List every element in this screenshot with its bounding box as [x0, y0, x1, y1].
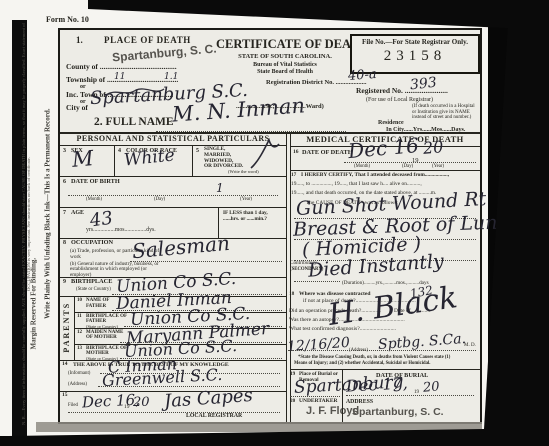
birthplace-hint: (State or Country)	[76, 287, 111, 292]
certify-line-2: 19....., to ..............., 19....., th…	[291, 182, 422, 188]
sex-race-divider	[114, 145, 115, 176]
undertaker-dotted-line	[290, 395, 340, 397]
mother-name-number: 12	[77, 330, 82, 335]
father-name-number: 10	[77, 298, 82, 303]
signature-date-handwritten: 12/16/20	[287, 336, 351, 354]
dob-handwritten-mark: 1	[216, 182, 224, 194]
occupation-label: OCCUPATION	[71, 240, 113, 247]
birthplace-label: BIRTHPLACE	[71, 279, 112, 286]
age-label: AGE	[71, 210, 84, 216]
occupation-number: 8	[63, 240, 66, 246]
local-registrar-use-note: (For use of Local Registrar)	[366, 97, 433, 103]
date-of-death-label: DATE OF DEATH	[302, 150, 353, 157]
margin-note-reserved: Margin Reserved For Binding.	[30, 224, 37, 384]
date-of-death-number: 16	[293, 150, 299, 156]
form-number: Form No. 10	[46, 16, 89, 24]
race-number: 4	[118, 148, 121, 154]
hospital-note: (If death occurred in a Hospital or Inst…	[412, 104, 476, 121]
certificate-sheet: 1. PLACE OF DEATH Spartanburg, S. C. Cou…	[58, 28, 482, 424]
undertaker-number: 20	[290, 399, 295, 404]
rule-age-top	[60, 207, 286, 208]
dob-number: 6	[63, 179, 66, 185]
file-number-value: 23158	[352, 48, 478, 65]
race-handwritten-value: White	[123, 147, 175, 169]
age-units-line: yrs...............mos...............dys.	[86, 227, 156, 233]
rule-dob-top	[60, 176, 286, 177]
city-of-label: City of	[66, 104, 88, 112]
file-number-box-label: File No.—For State Registrar Only.	[352, 39, 478, 46]
registration-district-value: 40-a	[348, 68, 378, 83]
burial-number: 19	[290, 372, 295, 377]
dob-dotted-line	[68, 194, 278, 196]
place-of-death-number: 1.	[76, 36, 83, 45]
certificate-title: CERTIFICATE OF DEATH	[216, 38, 354, 51]
footnote-line-2: Means of Injury; and (2) whether Acciden…	[294, 362, 430, 367]
burial-box-divider	[342, 369, 343, 422]
informant-number: 14	[62, 362, 68, 368]
filed-year-prefix: 19	[124, 405, 130, 411]
signature-dotted-line	[288, 349, 476, 351]
father-birthplace-number: 11	[77, 314, 82, 319]
board-line: State Board of Health	[216, 69, 354, 75]
filed-number: 15	[62, 393, 68, 399]
mother-birthplace-number: 13	[77, 346, 82, 351]
sex-handwritten-value: M	[71, 148, 94, 171]
cause-dotted-line-4	[294, 280, 340, 282]
state-line: STATE OF SOUTH CAROLINA.	[216, 54, 354, 61]
marital-number: 5	[196, 148, 199, 154]
margin-note-write-plainly: Write Plainly With Unfading Black Ink—Th…	[44, 14, 51, 414]
full-name-label: 2. FULL NAME	[94, 116, 174, 128]
registered-number-value: 393	[409, 76, 437, 93]
dod-year-caption: (Year)	[432, 164, 444, 169]
certify-line-1: I HEREBY CERTIFY, That I attended deceas…	[301, 173, 449, 179]
scanned-death-certificate: N. B.—Every item of information should b…	[0, 0, 549, 446]
dob-label: DATE OF BIRTH	[71, 179, 120, 186]
dob-day-caption: (Day)	[154, 197, 165, 202]
rule-burial-top	[290, 369, 480, 370]
dob-year-caption: (Year)	[240, 197, 252, 202]
dob-month-caption: (Month)	[86, 197, 102, 202]
local-registrar-signature: Jas Capes	[163, 387, 253, 411]
sex-number: 3	[63, 148, 66, 154]
residence-label: Residence	[378, 120, 404, 126]
date-of-death-dotted-line	[344, 161, 476, 163]
burial-date-dotted-line	[346, 394, 474, 396]
filed-label: Filed	[68, 403, 78, 408]
rule-certify-top	[290, 170, 480, 171]
mother-name-label: MAIDEN NAME OF MOTHER	[86, 330, 130, 341]
birthplace-number: 9	[63, 279, 66, 285]
age-number: 7	[63, 210, 66, 216]
local-registrar-label: LOCAL REGISTRAR	[186, 413, 242, 419]
bureau-line: Bureau of Vital Statistics	[216, 62, 354, 68]
undertaker-address-label: ADDRESS	[346, 399, 373, 405]
certify-number: 17	[291, 173, 296, 179]
filed-year-handwritten: 20	[133, 396, 150, 409]
filed-dotted-line	[68, 411, 280, 413]
township-handwritten-mark-1: 11	[114, 73, 125, 82]
date-of-death-year-handwritten: 20	[422, 139, 444, 157]
undertaker-address-stamp: Spartanburg, S. C.	[352, 406, 444, 418]
county-of-line: County of ..............................…	[66, 63, 177, 71]
age-if-less-note: IF LESS than 1 day, ......hrs. or ......…	[223, 210, 279, 222]
informant-address-hint: (Address)	[68, 382, 87, 387]
filed-date-handwritten: Dec 16,	[82, 392, 141, 410]
street-ward-line: ..................St.; .................…	[236, 104, 324, 111]
township-handwritten-mark-2: 1.1	[164, 73, 178, 82]
occupation-handwritten-value: Salesman	[131, 233, 230, 261]
date-of-death-handwritten: Dec 16	[347, 135, 419, 161]
race-marital-divider	[192, 145, 193, 176]
informant-address-dotted-line	[98, 385, 280, 387]
parents-vertical-label: PARENTS	[63, 296, 71, 358]
burial-year-handwritten: 20	[422, 380, 440, 394]
q18-number: 18	[289, 292, 294, 298]
father-birthplace-label: BIRTHPLACE OF FATHER	[86, 314, 130, 325]
marital-answer-mark	[248, 136, 282, 172]
dod-month-caption: (Month)	[354, 164, 370, 169]
undertaker-label: UNDERTAKER	[299, 399, 338, 405]
informant-hint: (Informant)	[68, 371, 90, 376]
date-of-burial-handwritten: Dec 17,	[346, 375, 409, 394]
dod-day-caption: (Day)	[402, 164, 413, 169]
